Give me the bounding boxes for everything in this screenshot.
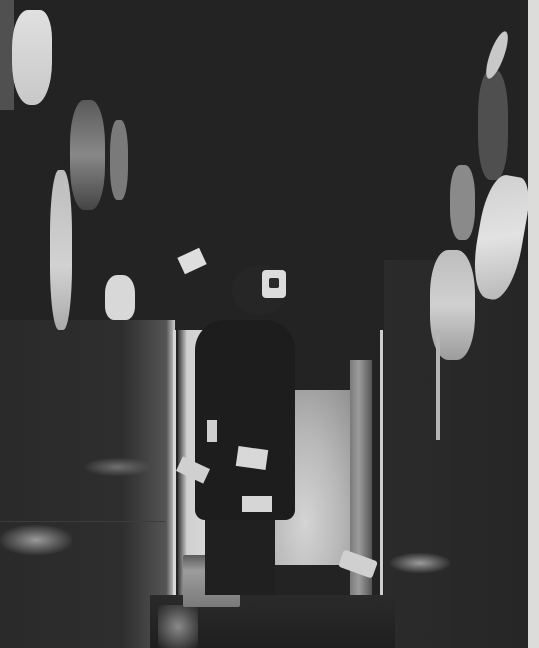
wall-light-reflection [390,553,450,573]
doorframe-left [173,330,176,620]
reflective-stripe [177,248,206,274]
floor-debris [158,605,198,648]
reflective-stripe [207,420,217,442]
hanger-pole [436,330,440,440]
hanging-clothing [70,100,105,210]
reflective-stripe [242,496,272,512]
helmet-badge [262,270,286,298]
left-wall [0,320,175,648]
wall-light-reflection [0,525,72,555]
hanging-clothing [478,70,508,180]
hanging-clothing [105,275,135,320]
doorframe-right [380,330,383,600]
hanging-clothing [110,120,128,200]
paper-margin [528,0,539,648]
hanging-clothing [450,165,475,240]
newspaper-photo [0,0,528,648]
wall-seam [0,521,165,522]
reflective-stripe [236,446,268,470]
hanging-clothing [50,170,72,330]
wall-light-reflection [85,458,150,476]
hanging-clothing [12,10,52,105]
